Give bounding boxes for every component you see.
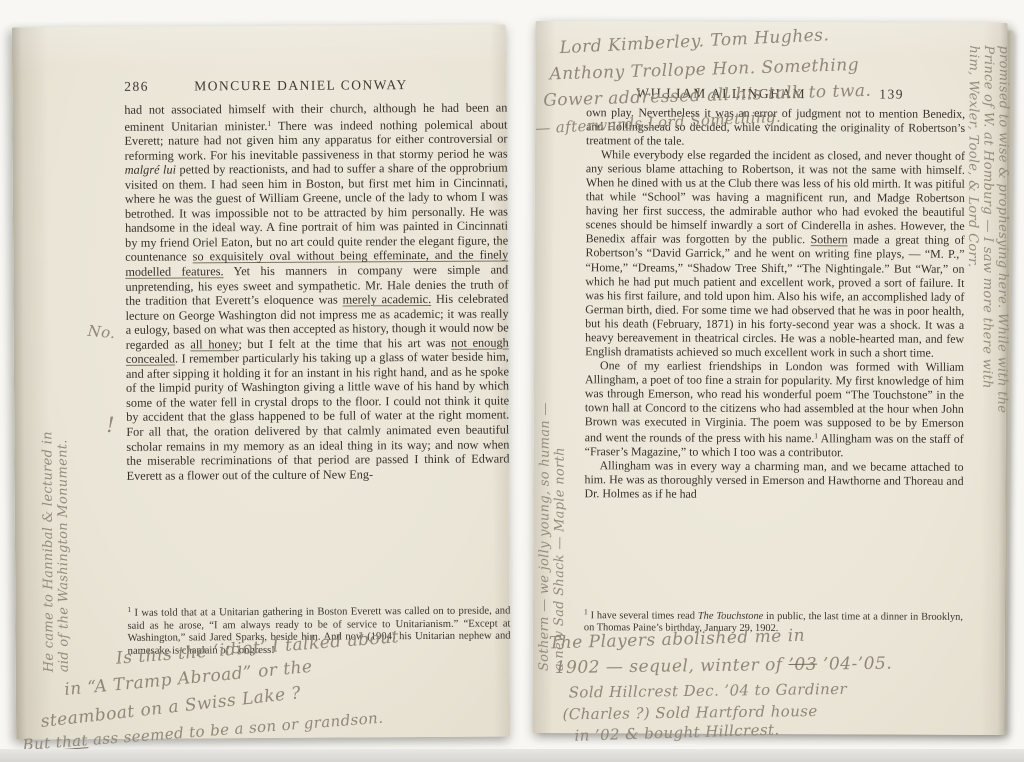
paragraph: Allingham was in every way a charming ma…: [584, 458, 963, 502]
handwriting-line: (Charles ?) Sold Hartford house: [562, 702, 817, 723]
handwriting-line: a new Sad Shack — Maple north: [552, 241, 569, 671]
right-page-gutter-vertical-note: Sothern — we jolly young, so human — a n…: [537, 241, 569, 671]
handwriting-line: Anthony Trollope Hon. Something: [549, 55, 859, 84]
handwriting-line: Prince of W. at Homburg — I saw more the…: [978, 45, 996, 705]
photo-background: 286 MONCURE DANIEL CONWAY had not associ…: [0, 0, 1024, 762]
left-book-page: 286 MONCURE DANIEL CONWAY had not associ…: [12, 24, 510, 739]
margin-mark-exclamation: !: [106, 413, 115, 437]
right-page-outer-vertical-note: promised to wise & prophesying here. Whi…: [963, 45, 1011, 705]
paragraph: One of my earliest friendships in London…: [585, 358, 964, 460]
right-body-text: own play. Nevertheless it was an error o…: [584, 105, 965, 502]
paragraph: While everybody else regarded the incide…: [585, 147, 965, 359]
handwriting-line: him, Wexler, Toole, & Lord Corr.: [963, 45, 981, 705]
handwriting-line: in ’02 & bought Hillcrest.: [574, 720, 780, 744]
margin-note-no: No.: [87, 322, 117, 343]
handwriting-line: Sold Hillcrest Dec. ’04 to Gardiner: [569, 680, 848, 702]
handwriting-line: Lord Kimberley. Tom Hughes.: [559, 25, 830, 58]
left-page-number: 286: [124, 79, 149, 95]
left-running-title: MONCURE DANIEL CONWAY: [194, 77, 408, 94]
left-body-text: had not associated himself with their ch…: [124, 100, 509, 483]
right-book-page: WILLIAM ALLINGHAM 139 own play. Neverthe…: [532, 21, 1007, 735]
photo-bottom-band: [0, 749, 1024, 762]
right-page-number: 139: [879, 86, 904, 102]
left-margin-vertical-note: He came to Hannibal & lectured in aid of…: [38, 72, 72, 672]
handwriting-line: promised to wise & prophesying here. Whi…: [993, 45, 1011, 705]
handwriting-line: 1902 — sequel, winter of ’03 ’04-’05.: [555, 654, 893, 678]
handwriting-line: aid of the Washington Monument.: [53, 72, 72, 672]
